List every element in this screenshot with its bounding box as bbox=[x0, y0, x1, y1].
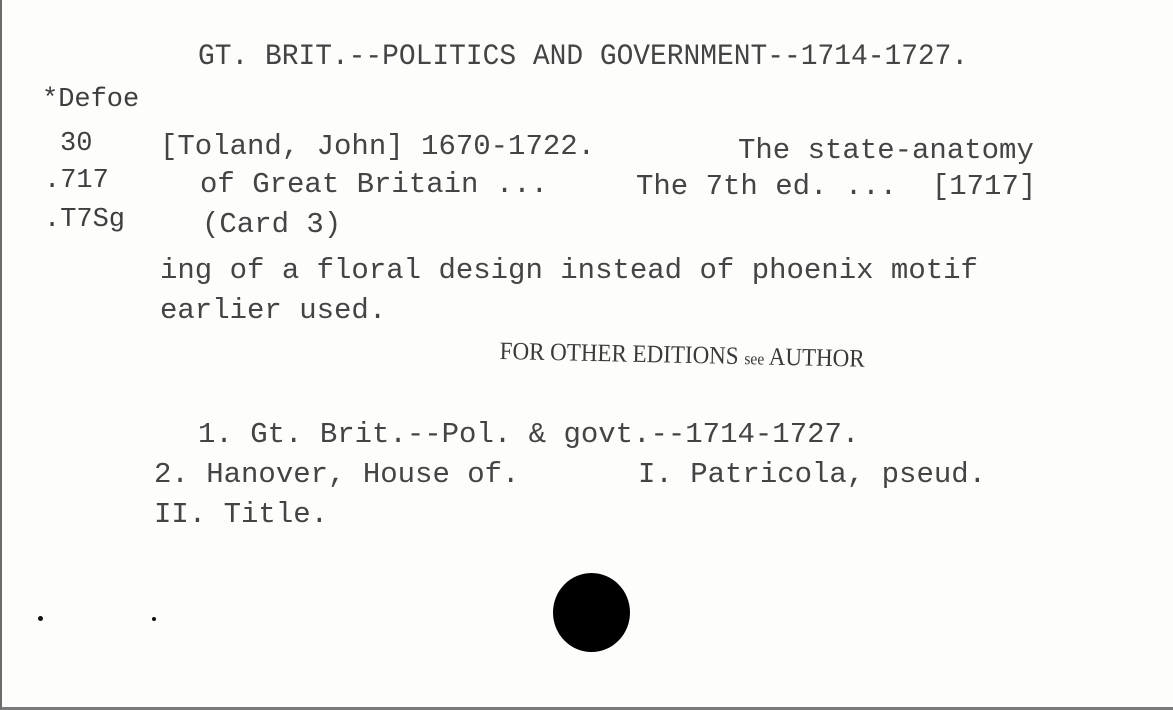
title-continued: of Great Britain ... bbox=[200, 170, 548, 199]
card-number: (Card 3) bbox=[202, 210, 341, 239]
call-number-class: 30 bbox=[60, 131, 92, 158]
title-start: The state-anatomy bbox=[738, 136, 1034, 165]
call-number-cutter: .T7Sg bbox=[44, 207, 125, 234]
stamp-target: AUTHOR bbox=[769, 344, 865, 373]
punch-hole bbox=[553, 573, 630, 652]
other-editions-stamp: FOR OTHER EDITIONS see AUTHOR bbox=[499, 338, 865, 374]
ink-speck bbox=[152, 617, 156, 621]
note-line: earlier used. bbox=[160, 296, 386, 325]
subject-heading: GT. BRIT.--POLITICS AND GOVERNMENT--1714… bbox=[198, 42, 968, 72]
call-number-subclass: .717 bbox=[44, 168, 109, 195]
edition-statement: The 7th ed. ... [1717] bbox=[636, 172, 1036, 201]
stamp-see: see bbox=[744, 349, 764, 368]
tracing-added-entry-2: II. Title. bbox=[154, 500, 328, 529]
catalog-card: GT. BRIT.--POLITICS AND GOVERNMENT--1714… bbox=[0, 0, 1173, 710]
stamp-main: FOR OTHER EDITIONS bbox=[499, 338, 738, 370]
tracing-subject-2: 2. Hanover, House of. bbox=[154, 460, 519, 489]
tracing-subject-1: 1. Gt. Brit.--Pol. & govt.--1714-1727. bbox=[198, 420, 859, 449]
call-number-location: *Defoe bbox=[42, 87, 139, 114]
tracing-added-entry-1: I. Patricola, pseud. bbox=[638, 460, 986, 489]
ink-speck bbox=[38, 616, 43, 621]
author-entry: [Toland, John] 1670-1722. bbox=[160, 132, 595, 161]
note-line: ing of a floral design instead of phoeni… bbox=[160, 256, 978, 285]
